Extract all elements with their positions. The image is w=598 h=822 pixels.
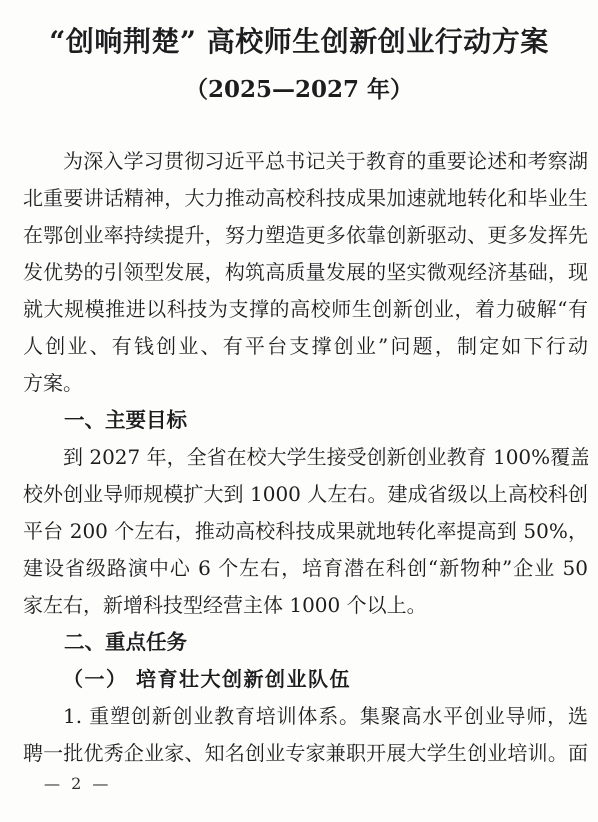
section-2-1-subheading: （一） 培育壮大创新创业队伍 <box>23 661 588 698</box>
intro-line-1: 为深入学习贯彻习近平总书记关于教育的重要论述和考察湖 <box>23 143 588 180</box>
doc-subtitle: （2025—2027 年） <box>0 76 598 104</box>
page-number: — 2 — <box>44 774 111 793</box>
intro-line-3: 在鄂创业率持续提升，努力塑造更多依靠创新驱动、更多发挥先 <box>23 217 588 254</box>
section-2-heading: 二、重点任务 <box>23 624 588 661</box>
intro-line-6: 人创业、有钱创业、有平台支撑创业”问题，制定如下行动 <box>23 328 588 365</box>
goals-line-5: 家左右，新增科技型经营主体 1000 个以上。 <box>23 587 588 624</box>
intro-line-4: 发优势的引领型发展，构筑高质量发展的坚实微观经济基础，现 <box>23 254 588 291</box>
tasks-line-2: 聘一批优秀企业家、知名创业专家兼职开展大学生创业培训。面 <box>23 735 588 772</box>
goals-line-3: 平台 200 个左右，推动高校科技成果就地转化率提高到 50%， <box>23 513 588 550</box>
doc-title: “创响荆楚” 高校师生创新创业行动方案 <box>10 25 588 59</box>
intro-line-5: 就大规模推进以科技为支撑的高校师生创新创业，着力破解“有 <box>23 291 588 328</box>
section-1-heading: 一、主要目标 <box>23 402 588 439</box>
document-page: “创响荆楚” 高校师生创新创业行动方案 （2025—2027 年） 为深入学习贯… <box>0 0 598 822</box>
goals-line-2: 校外创业导师规模扩大到 1000 人左右。建成省级以上高校科创 <box>23 476 588 513</box>
doc-body: 为深入学习贯彻习近平总书记关于教育的重要论述和考察湖 北重要讲话精神，大力推动高… <box>23 143 588 772</box>
intro-line-2: 北重要讲话精神，大力推动高校科技成果加速就地转化和毕业生 <box>23 180 588 217</box>
tasks-line-1: 1. 重塑创新创业教育培训体系。集聚高水平创业导师，选 <box>23 698 588 735</box>
goals-line-4: 建设省级路演中心 6 个左右，培育潜在科创“新物种”企业 50 <box>23 550 588 587</box>
goals-line-1: 到 2027 年，全省在校大学生接受创新创业教育 100%覆盖， <box>23 439 588 476</box>
intro-line-7: 方案。 <box>23 365 588 402</box>
